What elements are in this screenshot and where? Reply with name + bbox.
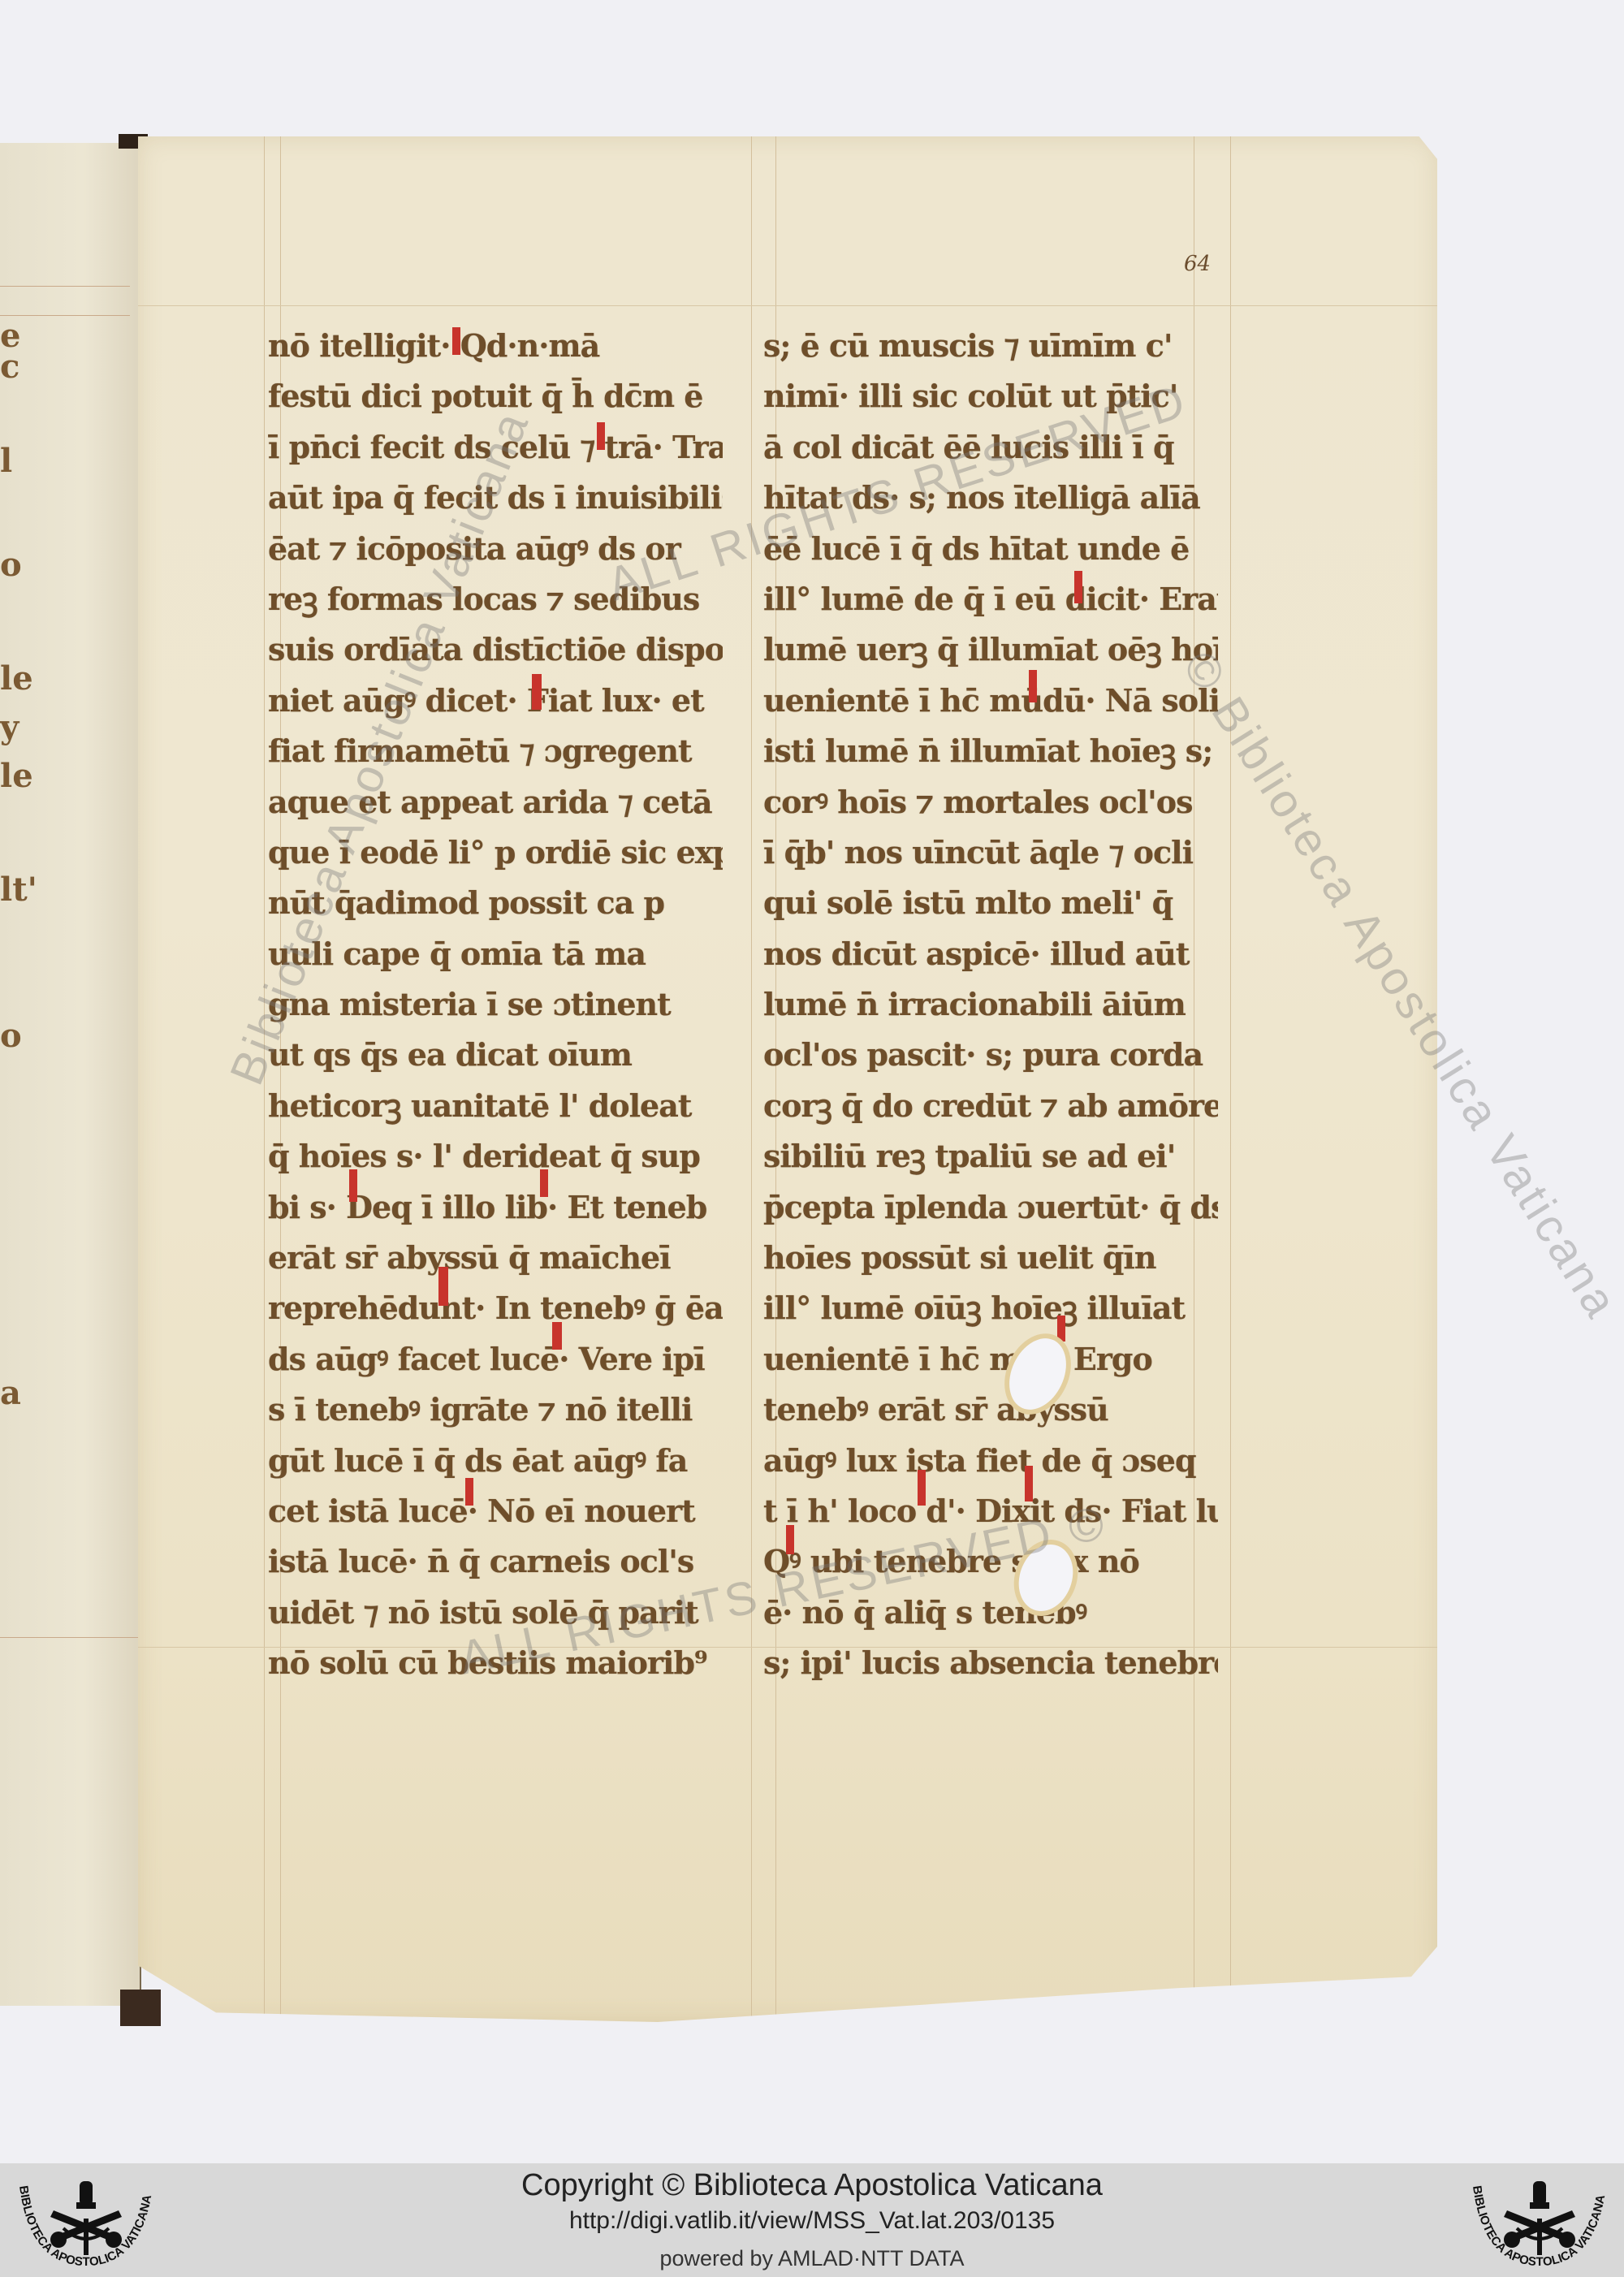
text-line: lumē uerꝫ q̄ illumīat oēꝫ hoīe: [763, 624, 1218, 675]
previous-leaf-edge: e c l o le y le lt' o a: [0, 143, 141, 2006]
text-line: erāt sr̄ abyssū q̄ maīcheī: [268, 1233, 723, 1283]
text-line: s ī tenebꝰ igrāte ⁊ nō itelli: [268, 1385, 723, 1435]
powered-by-text: powered by AMLAD·NTT DATA: [0, 2246, 1624, 2271]
text-line: hoīes possūt si uelit q̄īn: [763, 1233, 1218, 1283]
rubric-initial: [552, 1322, 562, 1350]
rubric-initial: [540, 1169, 548, 1197]
rubric-initial: [452, 327, 460, 355]
rubric-initial: [438, 1267, 448, 1306]
text-line: ocl'os pascit· s; pura corda: [763, 1030, 1218, 1080]
text-fragment: o: [0, 549, 22, 581]
rubric-initial: [1025, 1466, 1033, 1501]
text-line: ill° lumē oīūꝫ hoīeꝫ illuīat: [763, 1283, 1218, 1333]
text-line: fiat firmamētū ⁊ ɔgregent: [268, 726, 723, 776]
rubric-initial: [786, 1525, 794, 1554]
text-line: bi s· Deq ī illo lib· Et teneb: [268, 1182, 723, 1233]
text-fragment: o: [0, 1020, 22, 1052]
copyright-footer: Copyright © Biblioteca Apostolica Vatica…: [0, 2163, 1624, 2277]
text-fragment: le: [0, 663, 33, 695]
text-line: uuli cape q̄ omīa tā ma: [268, 929, 723, 979]
papal-coat-of-arms-icon: BIBLIOTECA APOSTOLICA VATICANA: [5, 2170, 167, 2271]
text-line: nō itelligit· Qd·n·mā: [268, 321, 723, 371]
text-line: tenebꝰ erāt sr̄ abyssū: [763, 1385, 1218, 1435]
text-fragment: y: [0, 711, 19, 744]
rubric-initial: [597, 422, 605, 450]
margin-rule: [0, 315, 130, 316]
rubric-initial: [532, 674, 542, 710]
rubric-initial: [465, 1478, 473, 1506]
text-line: uenientē ī hc̄ mūd Ergo: [763, 1334, 1218, 1385]
text-fragment: lt': [0, 874, 37, 906]
text-line: ī q̄b' nos uīncūt āqle ⁊ ocli: [763, 827, 1218, 878]
text-line: sibiliū reꝫ tpaliū se ad ei': [763, 1131, 1218, 1182]
text-line: reprehēdunt· In tenebꝰ ḡ ēat: [268, 1283, 723, 1333]
text-line: heticorꝫ uanitatē l' doleat: [268, 1081, 723, 1131]
text-line: gna misteria ī se ɔtinent: [268, 979, 723, 1030]
text-line: qui solē istū mlto meli' q̄: [763, 878, 1218, 928]
text-line: q̄ hoīes s· l' derideat q̄ sup: [268, 1131, 723, 1182]
text-line: niet aūgꝰ dicet· Fiat lux· et: [268, 676, 723, 726]
ruling-line: [138, 305, 1437, 306]
vatican-library-logo-right: BIBLIOTECA APOSTOLICA VATICANA: [1458, 2170, 1621, 2271]
text-line: suis ordīata distīctiōe dispo: [268, 624, 723, 675]
margin-rule: [0, 286, 130, 287]
text-line: gūt lucē ī q̄ ds ēat aūgꝰ fa: [268, 1436, 723, 1486]
text-line: istā lucē· n̄ q̄ carneis ocl's: [268, 1536, 723, 1587]
text-line: ds aūgꝰ facet lucē· Vere ipī: [268, 1334, 723, 1385]
scan-area: e c l o le y le lt' o a 64 nō itelligit·…: [0, 0, 1624, 2163]
text-line: lumē n̄ irracionabili āiūm: [763, 979, 1218, 1030]
text-line: isti lumē n̄ illumīat hoīeꝫ s;: [763, 726, 1218, 776]
ruling-line: [1230, 136, 1231, 2022]
rubric-initial: [918, 1470, 926, 1506]
papal-coat-of-arms-icon: BIBLIOTECA APOSTOLICA VATICANA: [1458, 2170, 1621, 2271]
text-line: corꝰ hoīs ⁊ mortales ocl'os: [763, 777, 1218, 827]
text-line: s; ē cū muscis ⁊ uīmīm c': [763, 321, 1218, 371]
text-line: aūgꝰ lux ista fiet de q̄ ɔseq: [763, 1436, 1218, 1486]
text-fragment: l: [0, 445, 12, 477]
text-line: cet istā lucē· Nō eī nouert: [268, 1486, 723, 1536]
margin-rule: [0, 1637, 140, 1638]
text-line: corꝫ q̄ do credūt ⁊ ab amōre in: [763, 1081, 1218, 1131]
ruling-line: [751, 136, 752, 2022]
binding-tab-bottom: [120, 1990, 161, 2026]
text-line: p̄cepta īplenda ɔuertūt· q̄ ds: [763, 1182, 1218, 1233]
text-line: s; ipi' lucis absencia tenebre: [763, 1638, 1218, 1688]
text-fragment: c: [0, 351, 19, 383]
text-fragment: a: [0, 1377, 21, 1410]
image-url[interactable]: http://digi.vatlib.it/view/MSS_Vat.lat.2…: [0, 2207, 1624, 2235]
rubric-initial: [1074, 571, 1082, 603]
copyright-text: Copyright © Biblioteca Apostolica Vatica…: [0, 2168, 1624, 2203]
text-line: ut qs q̄s ea dicat oīum: [268, 1030, 723, 1080]
text-line: nos dicūt aspicē· illud aūt: [763, 929, 1218, 979]
vatican-library-logo-left: BIBLIOTECA APOSTOLICA VATICANA: [5, 2170, 167, 2271]
text-line: uenientē ī hc̄ mūdū· Nā solis: [763, 676, 1218, 726]
rubric-initial: [349, 1169, 357, 1202]
text-line: ill° lumē de q̄ ī eū dicit· Erat: [763, 574, 1218, 624]
rubric-initial: [1029, 670, 1037, 702]
text-fragment: le: [0, 760, 33, 793]
folio-number: 64: [1184, 252, 1211, 276]
